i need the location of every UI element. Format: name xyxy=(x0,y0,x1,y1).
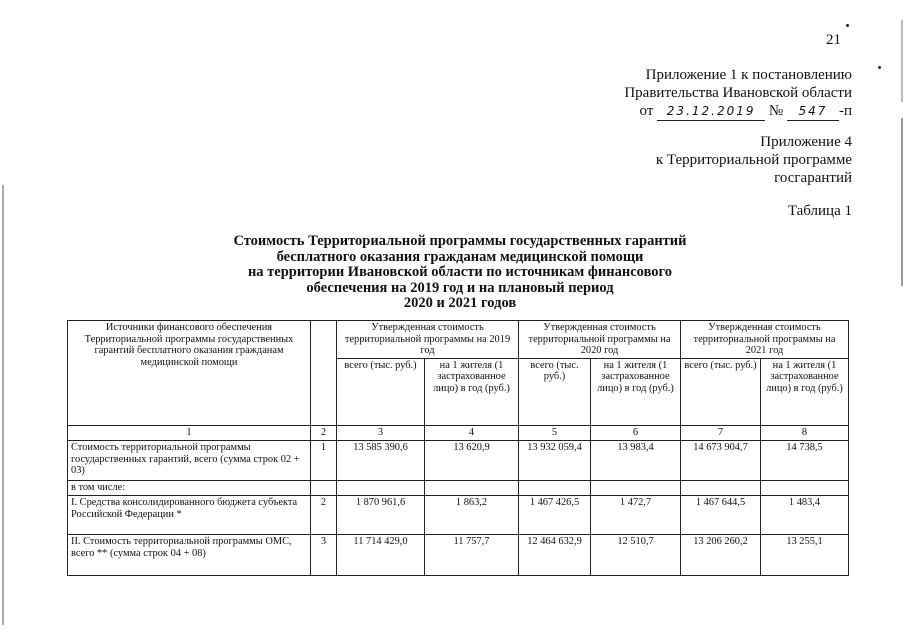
appendix-4-line2: к Территориальной программе xyxy=(656,151,852,169)
column-number: 1 xyxy=(68,426,311,441)
page-number: 21 xyxy=(826,32,841,49)
cell-2019-per-capita: 11 757,7 xyxy=(425,535,519,576)
scan-speck xyxy=(846,24,849,27)
header-2020-total: всего (тыс. руб.) xyxy=(519,358,591,425)
cell-2019-per-capita: 1 863,2 xyxy=(425,496,519,535)
header-2021-per-capita: на 1 жителя (1 застрахованное лицо) в го… xyxy=(761,358,849,425)
header-2021: Утвержденная стоимость территориальной п… xyxy=(681,321,849,359)
row-line-number: 3 xyxy=(311,535,337,576)
row-line-number xyxy=(311,481,337,496)
cell-2019-per-capita xyxy=(425,481,519,496)
scan-edge-right-top xyxy=(901,20,903,102)
title-line4: обеспечения на 2019 год и на плановый пе… xyxy=(200,281,720,297)
column-number: 6 xyxy=(591,426,681,441)
cell-2021-total: 14 673 904,7 xyxy=(681,441,761,481)
cell-2020-per-capita: 1 472,7 xyxy=(591,496,681,535)
appendix-1-block: Приложение 1 к постановлению Правительст… xyxy=(624,66,852,121)
header-source: Источники финансового обеспечения Террит… xyxy=(68,321,311,426)
row-line-number: 2 xyxy=(311,496,337,535)
title-line1: Стоимость Территориальной программы госу… xyxy=(200,234,720,250)
row-label: Стоимость территориальной программы госу… xyxy=(68,441,311,481)
table-row: Стоимость территориальной программы госу… xyxy=(68,441,849,481)
table-row: I. Средства консолидированного бюджета с… xyxy=(68,496,849,535)
resolution-date: 23.12.2019 xyxy=(657,102,765,121)
table-row: в том числе: xyxy=(68,481,849,496)
cell-2020-per-capita: 13 983,4 xyxy=(591,441,681,481)
row-line-number: 1 xyxy=(311,441,337,481)
scan-edge-right xyxy=(901,118,903,286)
cell-2021-per-capita: 14 738,5 xyxy=(761,441,849,481)
column-number: 3 xyxy=(337,426,425,441)
column-number: 2 xyxy=(311,426,337,441)
appendix-1-line3: от 23.12.2019 № 547-п xyxy=(624,102,852,121)
cell-2019-total: 11 714 429,0 xyxy=(337,535,425,576)
cell-2021-total: 13 206 260,2 xyxy=(681,535,761,576)
scan-speck xyxy=(878,66,881,69)
cell-2020-per-capita xyxy=(591,481,681,496)
cell-2020-per-capita: 12 510,7 xyxy=(591,535,681,576)
cell-2020-total: 12 464 632,9 xyxy=(519,535,591,576)
row-label: в том числе: xyxy=(68,481,311,496)
title-line3: на территории Ивановской области по исто… xyxy=(200,265,720,281)
header-2020: Утвержденная стоимость территориальной п… xyxy=(519,321,681,359)
column-number: 5 xyxy=(519,426,591,441)
number-sign: № xyxy=(769,103,783,119)
header-2021-total: всего (тыс. руб.) xyxy=(681,358,761,425)
table-row: II. Стоимость территориальной программы … xyxy=(68,535,849,576)
document-title: Стоимость Территориальной программы госу… xyxy=(200,234,720,312)
row-label: II. Стоимость территориальной программы … xyxy=(68,535,311,576)
cell-2019-total: 13 585 390,6 xyxy=(337,441,425,481)
column-number-row: 1 2 3 4 5 6 7 8 xyxy=(68,426,849,441)
column-number: 7 xyxy=(681,426,761,441)
title-line2: бесплатного оказания гражданам медицинск… xyxy=(200,250,720,266)
cell-2019-per-capita: 13 620,9 xyxy=(425,441,519,481)
resolution-number: 547 xyxy=(787,102,839,121)
column-number: 4 xyxy=(425,426,519,441)
appendix-4-block: Приложение 4 к Территориальной программе… xyxy=(656,133,852,187)
cell-2021-total xyxy=(681,481,761,496)
header-2019-total: всего (тыс. руб.) xyxy=(337,358,425,425)
cell-2021-per-capita: 1 483,4 xyxy=(761,496,849,535)
cell-2021-total: 1 467 644,5 xyxy=(681,496,761,535)
header-2019-per-capita: на 1 жителя (1 застрахованное лицо) в го… xyxy=(425,358,519,425)
cell-2019-total xyxy=(337,481,425,496)
cell-2020-total: 1 467 426,5 xyxy=(519,496,591,535)
column-number: 8 xyxy=(761,426,849,441)
cell-2021-per-capita xyxy=(761,481,849,496)
header-2020-per-capita: на 1 жителя (1 застрахованное лицо) в го… xyxy=(591,358,681,425)
cell-2020-total: 13 932 059,4 xyxy=(519,441,591,481)
cell-2021-per-capita: 13 255,1 xyxy=(761,535,849,576)
header-row-1: Источники финансового обеспечения Террит… xyxy=(68,321,849,359)
number-suffix: -п xyxy=(839,103,852,119)
appendix-1-line1: Приложение 1 к постановлению xyxy=(624,66,852,84)
appendix-4-line3: госгарантий xyxy=(656,169,852,187)
table-label: Таблица 1 xyxy=(788,203,852,220)
header-2019: Утвержденная стоимость территориальной п… xyxy=(337,321,519,359)
appendix-1-line2: Правительства Ивановской области xyxy=(624,84,852,102)
financing-table: Источники финансового обеспечения Террит… xyxy=(67,320,849,576)
cell-2019-total: 1 870 961,6 xyxy=(337,496,425,535)
row-label: I. Средства консолидированного бюджета с… xyxy=(68,496,311,535)
header-line-number xyxy=(311,321,337,426)
scan-edge-left xyxy=(2,185,4,625)
from-label: от xyxy=(640,103,654,119)
cell-2020-total xyxy=(519,481,591,496)
title-line5: 2020 и 2021 годов xyxy=(200,296,720,312)
appendix-4-line1: Приложение 4 xyxy=(656,133,852,151)
